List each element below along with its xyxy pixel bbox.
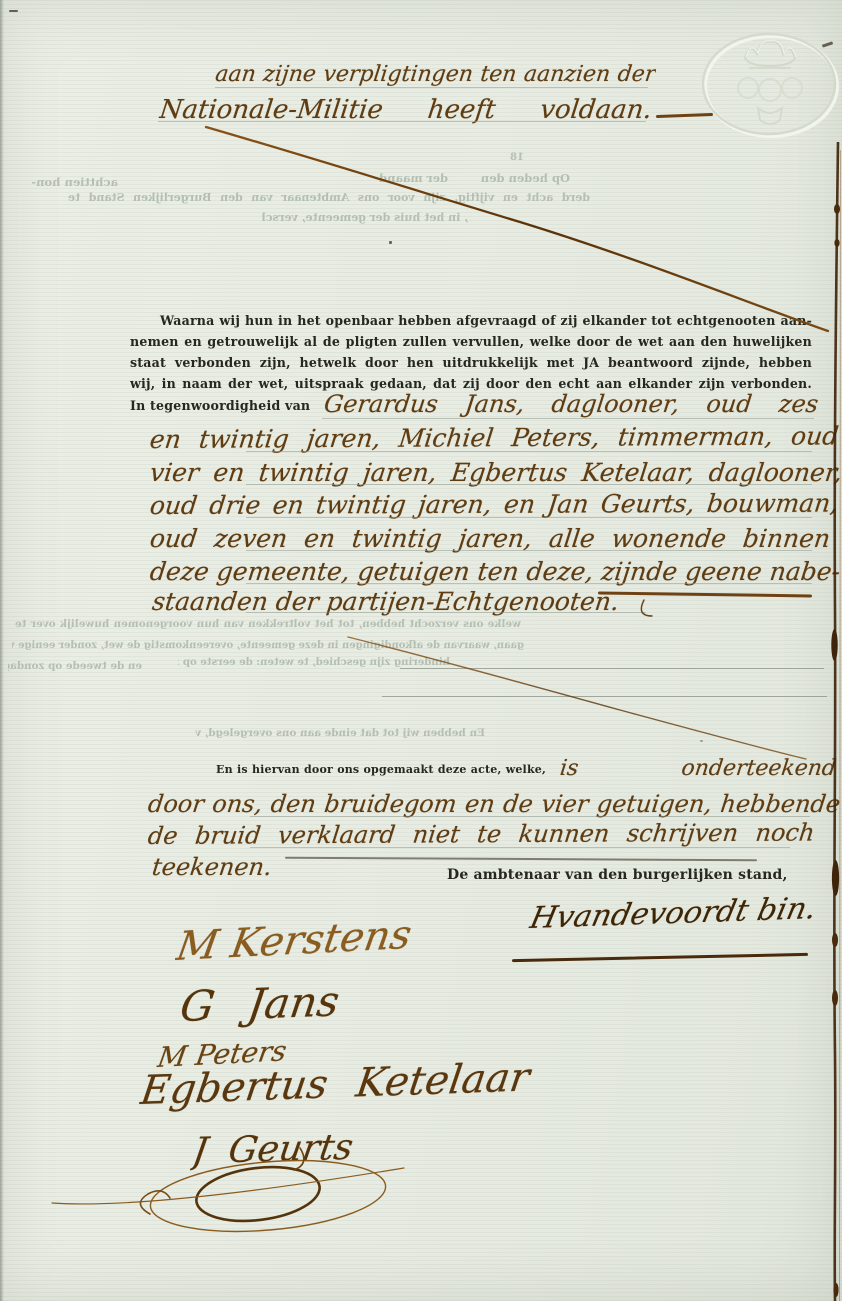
baseline-rule bbox=[246, 612, 646, 613]
bleed-middle-line-1: welke ons verzocht hebben, tot het voltr… bbox=[15, 618, 521, 630]
closing-hw-line-1: is onderteekend bbox=[558, 755, 838, 785]
printed-ambtenaar-caption: De ambtenaar van den burgerlijken stand, bbox=[447, 866, 807, 886]
bleed-top-der-maand: der maand bbox=[376, 171, 448, 185]
baseline-rule bbox=[246, 583, 812, 584]
baseline-rule bbox=[250, 816, 810, 817]
militia-clause-line-1: aan zijne verpligtingen ten aanzien der bbox=[213, 58, 657, 94]
paper-speck bbox=[822, 41, 833, 47]
baseline-rule bbox=[250, 847, 790, 848]
bleed-top-mark: 18 bbox=[498, 152, 524, 163]
printed-closing-line: En is hiervan door ons opgemaakt deze ac… bbox=[216, 761, 546, 779]
witnesses-line-7: staanden der partijen-Echtgenooten. bbox=[150, 585, 624, 621]
baseline-rule bbox=[246, 517, 812, 518]
bleed-middle-line-4: en de tweede op zondag den bbox=[8, 660, 142, 672]
paper-speck bbox=[389, 241, 392, 244]
baseline-rule bbox=[215, 87, 648, 88]
printed-paragraph-line-3: staat verbonden zijn, hetwelk door hen u… bbox=[130, 352, 812, 373]
closing-hw-line-3: de bruid verklaard niet te kunnen schrij… bbox=[146, 817, 816, 854]
blank-field-rule bbox=[382, 696, 827, 697]
baseline-rule bbox=[322, 418, 814, 419]
paper-speck bbox=[9, 10, 18, 12]
teekenen-fill-line bbox=[285, 857, 757, 861]
baseline-rule bbox=[158, 121, 646, 122]
voldaan-dash bbox=[656, 113, 713, 118]
bleed-lower-line-1: En hebben wij tot dat einde aan ons over… bbox=[195, 727, 485, 739]
left-page-edge bbox=[0, 0, 4, 1301]
register-page: aan zijne verpligtingen ten aanzien der … bbox=[0, 0, 842, 1301]
closing-hw-line-4: teekenen. bbox=[150, 851, 294, 885]
paper-speck bbox=[700, 740, 703, 742]
baseline-rule bbox=[246, 451, 812, 452]
bleed-top-op-heden-den: Op heden den bbox=[470, 171, 570, 185]
echtgenooten-dash bbox=[598, 592, 812, 597]
signature-geurts: J Geurts bbox=[188, 1119, 458, 1184]
printed-paragraph-line-2: nemen en getrouwelijk al de pligten zull… bbox=[130, 331, 812, 352]
bleed-top-line-3: , in het huis der gemeente, verschenen bbox=[262, 211, 468, 224]
signature-kerstens: M Kerstens bbox=[172, 903, 504, 978]
embossed-seal bbox=[703, 34, 837, 136]
bleed-top-achttien-hon: achttien hon- bbox=[22, 175, 118, 189]
bleed-top-line-2: derd acht en vijftig, zijn voor ons Ambt… bbox=[68, 191, 590, 204]
printed-paragraph-line-1: Waarna wij hun in het openbaar hebben af… bbox=[130, 310, 812, 331]
official-signature-underline bbox=[512, 953, 808, 962]
witnesses-line-1: Gerardus Jans, daglooner, oud zes bbox=[322, 388, 820, 422]
baseline-rule bbox=[246, 484, 812, 485]
bleed-middle-line-3: hindering zijn geschied, te weten: de ee… bbox=[178, 656, 450, 668]
bleed-middle-line-2: gaan, waarvan de afkondigingen in deze g… bbox=[12, 640, 524, 651]
binding-crease bbox=[831, 142, 840, 1301]
printed-in-tegenwoordigheid-van: In tegenwoordigheid van bbox=[130, 395, 320, 416]
baseline-rule bbox=[246, 550, 812, 551]
blank-field-rule bbox=[400, 668, 824, 669]
militia-clause-line-2: Nationale-Militie heeft voldaan. bbox=[157, 92, 654, 132]
official-signature: Hvandevoordt bin. bbox=[524, 882, 842, 949]
